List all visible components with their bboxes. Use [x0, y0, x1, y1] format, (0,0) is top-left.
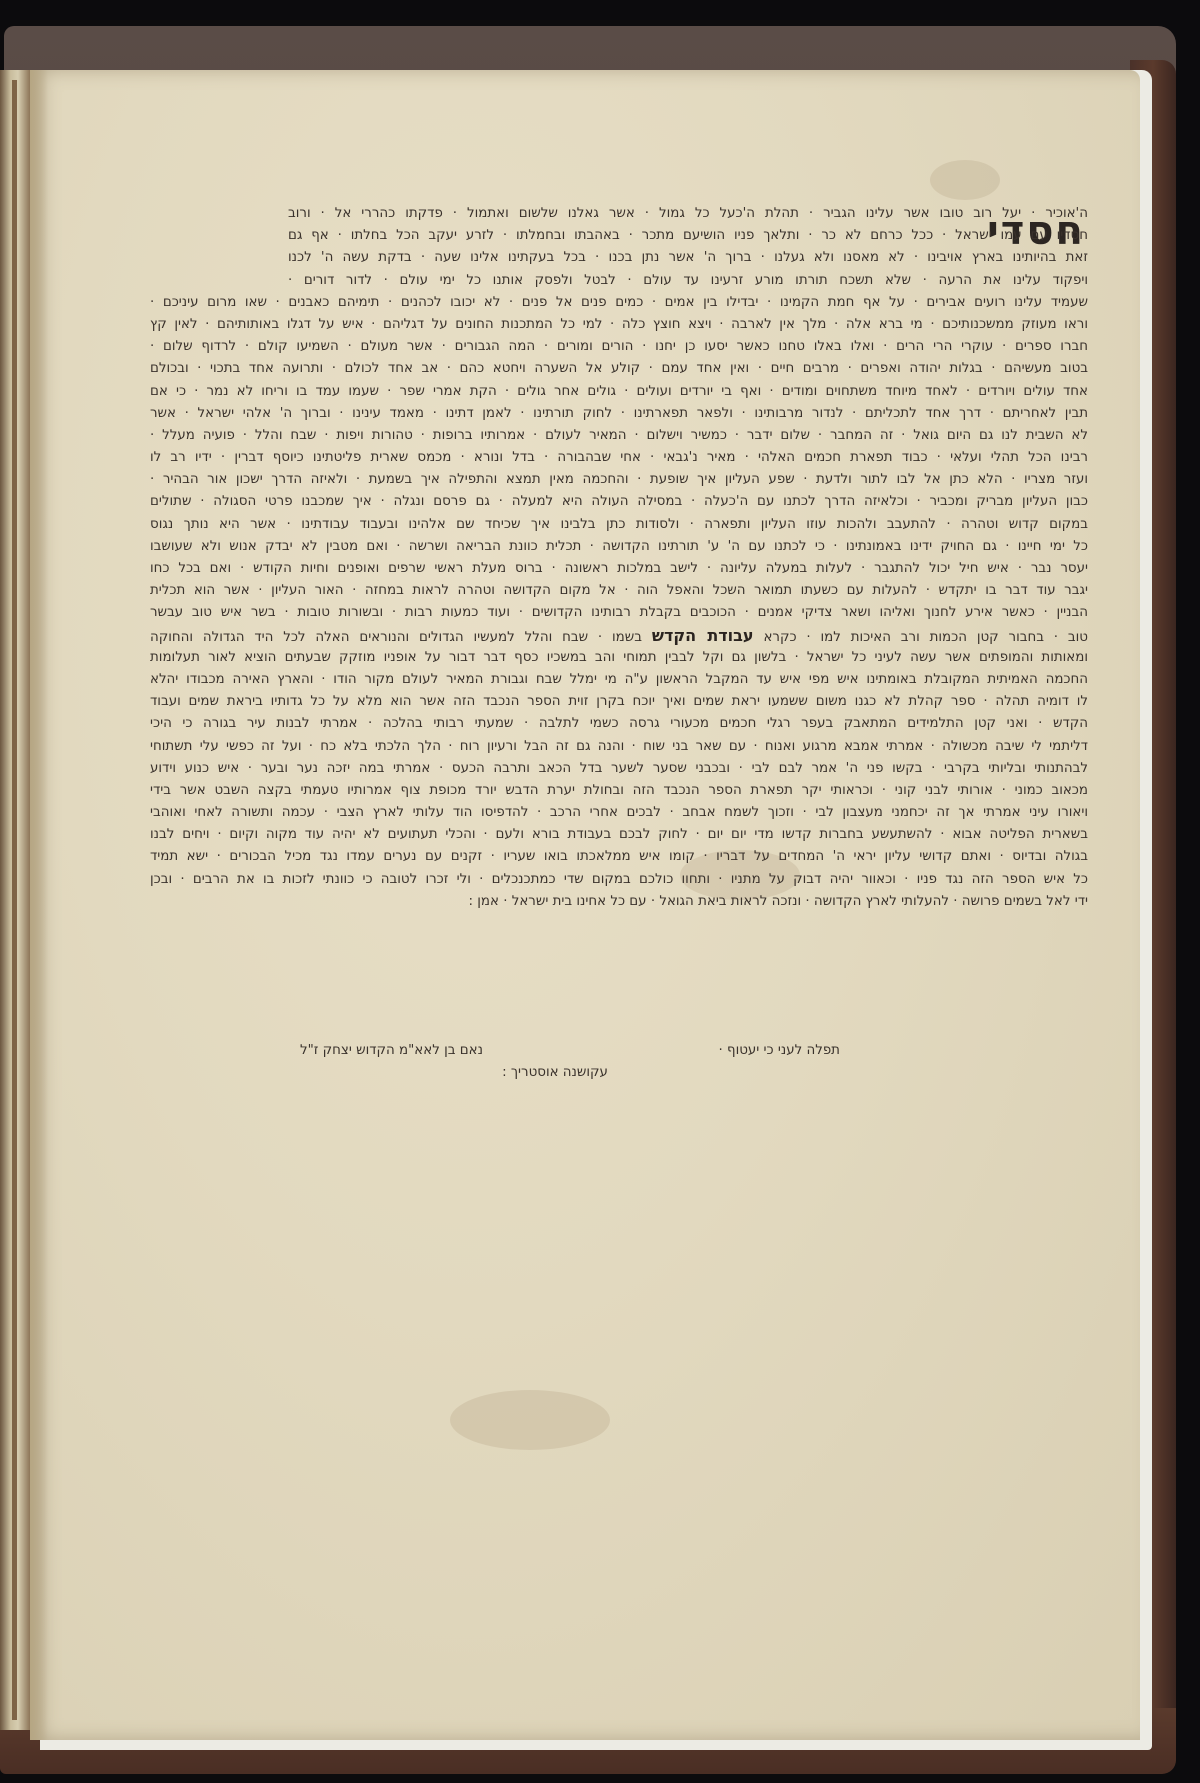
text-line: שעמיד עלינו רועים אבירים · על אף חמת הקמ…	[150, 292, 1088, 314]
text-line: יגבר עוד דבר בו יתקדש · להעלות עם כשעתו …	[150, 580, 1088, 602]
page-fold-shadow	[30, 70, 48, 1740]
text-line: במקום קדוש וטהרה · להתעבב ולהכות עוזו הע…	[150, 514, 1088, 536]
text-line: לו דומיה תהלה · ספר קהלת לא כגנו משום שש…	[150, 691, 1088, 713]
signature-author: נאם בן לאא"מ הקדוש יצחק ז"ל	[300, 1040, 483, 1062]
text-line: כל ימי חיינו · גם החויק ידינו באמונתינו …	[150, 536, 1088, 558]
text-line: ויאורו עיני אמרתי אך זה יכחמני מעצבון לב…	[150, 802, 1088, 824]
text-line: הקדש · ואני קטן התלמידים המתאבק בעפר רגל…	[150, 713, 1088, 735]
body-text: ה'אוכיר · יעל רוב טובו אשר עלינו הגביר ·…	[150, 203, 1088, 913]
text-line: כל איש הספר הזה נגד פניו · וכאוור יהיה ד…	[150, 869, 1088, 891]
text-line: ומאותות והמופתים אשר עשה לעיני כל ישראל …	[150, 647, 1088, 669]
text-line: ויפקוד עלינו את הרעה · שלא תשכח תורתו מו…	[288, 270, 1088, 292]
signature-place: עקושנה אוסטריך :	[300, 1062, 840, 1084]
signature-prayer: תפלה לעני כי יעטוף ·	[718, 1040, 840, 1062]
text-line: הבניין · כאשר אירע לחנוך ואליהו ושאר צדי…	[150, 602, 1088, 624]
text-line: בשארית הפליטה אבוא · להשתעשע בחברות קדשו…	[150, 824, 1088, 846]
text-line: לא השבית לנו גם היום גואל · זה המחבר · ש…	[150, 425, 1088, 447]
text-line: לבהתנותי ובליותי בקרבי · בקשו פני ה' אמר…	[150, 758, 1088, 780]
text-line-with-bold-phrase: טוב · בחבור קטן הכמות ורב האיכות למו · כ…	[150, 625, 1088, 647]
binding-thread	[12, 80, 17, 1720]
bold-title-phrase: עבודת הקדש	[652, 626, 754, 645]
text-line: אחד עולים ויורדים · לאחד מיוחד משתחוים ו…	[150, 381, 1088, 403]
text-line: זאת בהיותינו בארץ אויבינו · לא מאסנו ולא…	[288, 247, 1088, 269]
text-line: החכמה האמיתית המקובלת באומתינו איש מפי א…	[150, 669, 1088, 691]
signature-block: תפלה לעני כי יעטוף · נאם בן לאא"מ הקדוש …	[300, 1040, 840, 1084]
text-line: וראו מעוזק ממשכנותיכם · מי ברא אלה · מלך…	[150, 314, 1088, 336]
text-line: רבינו הכל תהלי ועלאי · כבוד תפארת חכמים …	[150, 447, 1088, 469]
text-line: כבון העליון מבריק ומכביר · וכלאיזה הדרך …	[150, 491, 1088, 513]
text-line-final: ידי לאל בשמים פרושה · להעלותי לארץ הקדוש…	[150, 891, 1088, 913]
text-line: ועזר מצריו · הלא כתן אל לבו לתור ולדעת ·…	[150, 469, 1088, 491]
text-line: דליתמי לי שיבה מכשולה · אמרתי אמבא מרגוע…	[150, 736, 1088, 758]
text-line: בטוב מעשיהם · בגלות יהודה ואפרים · מרבים…	[150, 358, 1088, 380]
text-line: תבין לאחריתם · דרך אחד לתכליתם · לנדור מ…	[150, 403, 1088, 425]
text-line: חברו ספרים · עוקרי הרי הרים · ואלו באלו …	[150, 336, 1088, 358]
text-line: ה'אוכיר · יעל רוב טובו אשר עלינו הגביר ·…	[288, 203, 1088, 225]
text-line: חסדיו עם עמו ישראל · ככל כרחם לא כר · ות…	[288, 225, 1088, 247]
text-line: בגולה ובדיוס · ואתם קדושי עליון יראי ה' …	[150, 846, 1088, 868]
text-line: יעסר נבר · איש חיל יכול להתגבר · לעלות ב…	[150, 558, 1088, 580]
text-line: מכאוב כמוני · אורותי לבני קוני · וכראותי…	[150, 780, 1088, 802]
